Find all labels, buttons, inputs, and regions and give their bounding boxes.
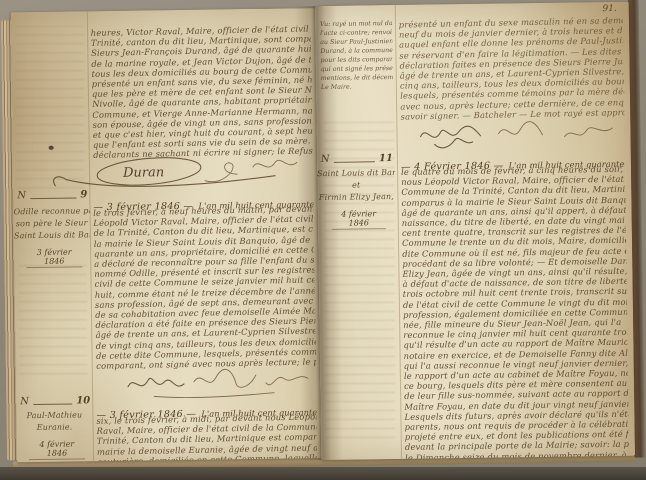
entry10-body-text: six, le trois février, à midi, par devan… xyxy=(96,411,317,462)
scanned-register-spread: heures, Victor Raval, Maire, officier de… xyxy=(0,0,646,480)
left-page: heures, Victor Raval, Maire, officier de… xyxy=(11,8,321,462)
signature-name: Duran xyxy=(122,165,164,181)
numero-rule xyxy=(30,189,76,199)
margin-verification-note: Vu: rayé un mot nul dansl'acte ci-contre… xyxy=(320,19,393,92)
ink-speck xyxy=(49,146,54,150)
entry-number: 11 xyxy=(379,154,393,164)
bleedthrough-text xyxy=(19,262,87,382)
entry10-margin-date: 4 février 1846 xyxy=(29,439,85,460)
numero-rule xyxy=(33,396,72,406)
entry10-margin-note: Paul-MathieuEuranie. xyxy=(16,409,92,434)
handwritten-line: Firmin Elizy Jean, xyxy=(317,191,395,204)
entry-number: 9 xyxy=(80,190,87,200)
entry11-margin-note: Saint Louis dit BanquioetFirmin Elizy Je… xyxy=(317,167,395,204)
register-book: heures, Victor Raval, Maire, officier de… xyxy=(0,0,646,480)
handwritten-line: Odille reconnue par xyxy=(13,205,89,218)
act-continuation-text: heures, Victor Raval, Maire, officier de… xyxy=(91,23,314,160)
handwritten-line: Le Maire. xyxy=(321,82,393,92)
entry11-margin-date: 4 février 1846 xyxy=(332,209,386,230)
handwritten-line: Saint Louis dit Banquio xyxy=(14,229,90,242)
entry9-body-text: le trois février, à neuf heures du matin… xyxy=(93,203,316,371)
entry11-body-text: le quatre du mois de février, à cinq heu… xyxy=(401,164,629,460)
entry9-margin-date: 3 février 1846 xyxy=(26,247,82,268)
bleedthrough-text xyxy=(324,115,395,445)
signature-scribbles xyxy=(124,366,316,403)
act-continuation-text: présenté un enfant du sexe masculin né e… xyxy=(399,15,625,122)
entry9-margin-note: Odille reconnue parson père le SieurSain… xyxy=(13,205,89,242)
table-surface xyxy=(0,467,646,480)
handwritten-line: son père le Sieur xyxy=(14,217,90,230)
folio-number: 91. xyxy=(602,4,616,14)
numero-letter: N xyxy=(321,155,330,165)
entry-number-row: N 9 xyxy=(17,189,87,201)
handwritten-line: Euranie. xyxy=(17,421,93,434)
entry-number-row: N 11 xyxy=(321,153,393,165)
entry-number-row: N 10 xyxy=(20,395,90,407)
numero-rule xyxy=(334,153,375,163)
numero-letter: N xyxy=(17,191,26,201)
signature-block xyxy=(124,366,316,403)
numero-letter: N xyxy=(20,397,29,407)
handwritten-line: Saint Louis dit Banquio xyxy=(317,167,395,180)
handwritten-line: Paul-Mathieu xyxy=(16,409,92,422)
right-page: 91. Vu: rayé un mot nul dansl'acte ci-co… xyxy=(315,2,635,460)
entry-number: 10 xyxy=(76,396,90,406)
signature-block xyxy=(414,118,624,155)
handwritten-line: et xyxy=(317,179,395,192)
signature-scribbles xyxy=(414,118,624,155)
